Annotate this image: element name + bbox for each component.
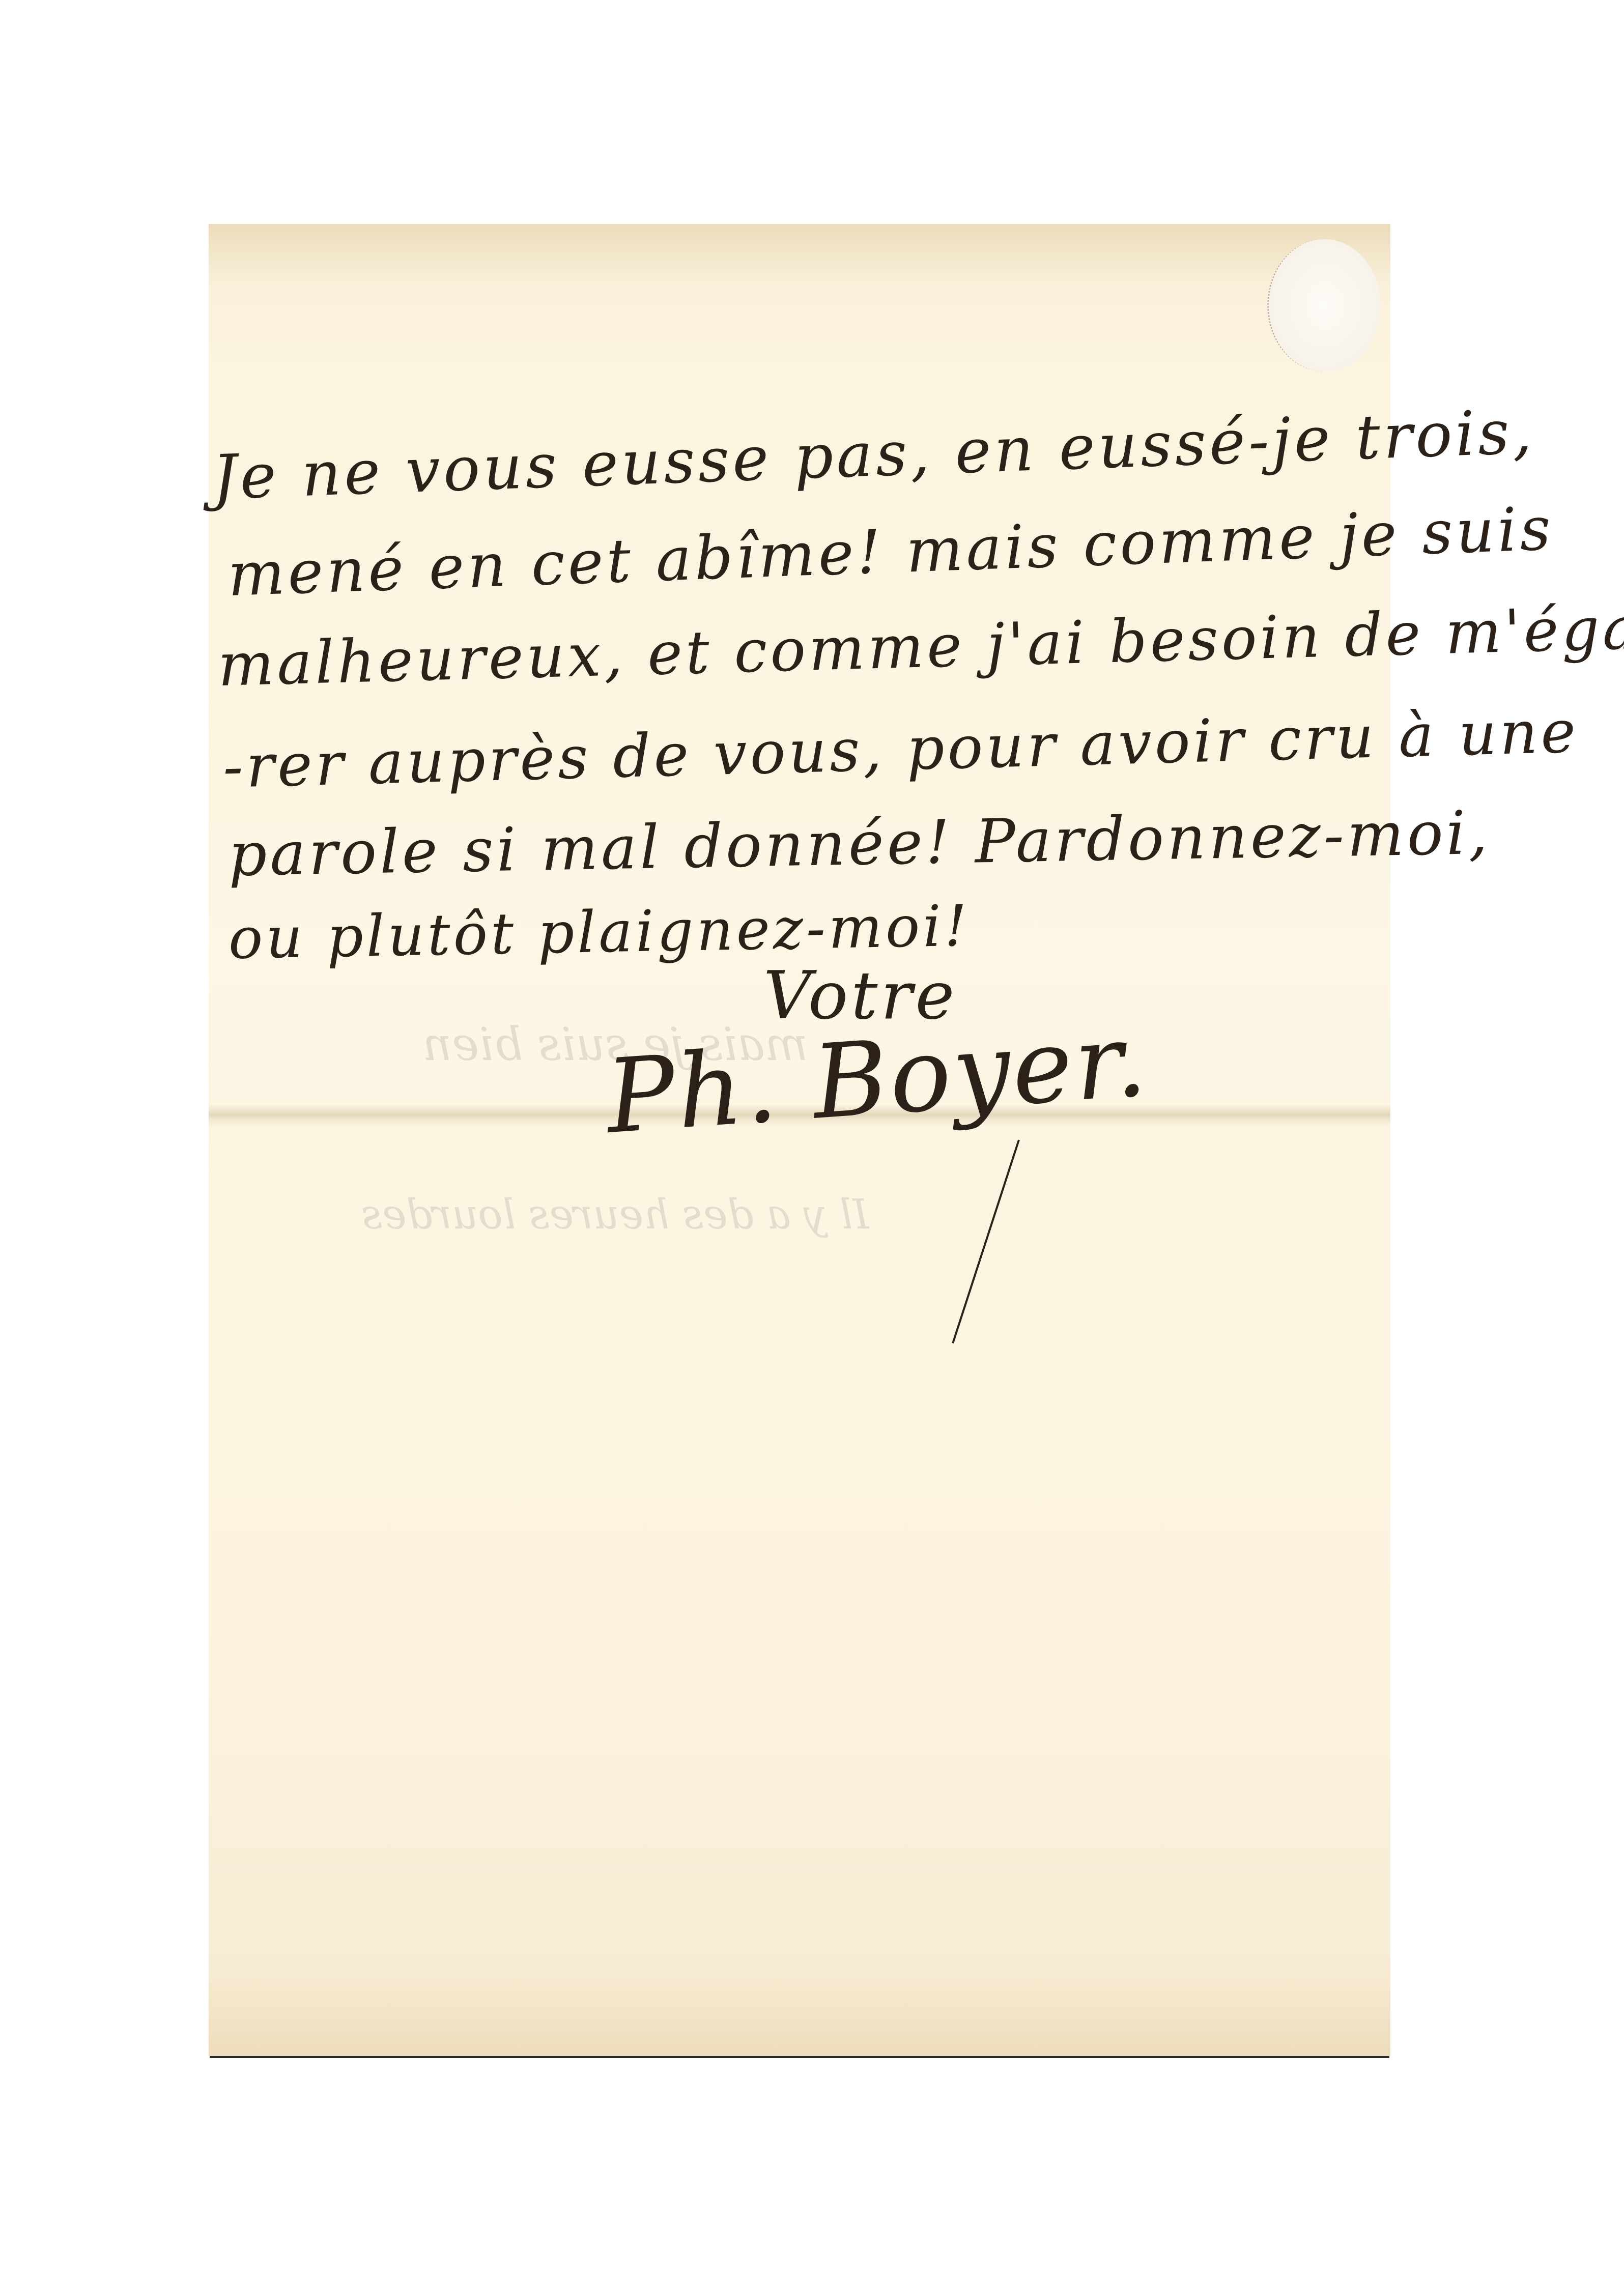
letter-line: Je ne vous eusse pas, en eussé-je trois, bbox=[211, 396, 1536, 513]
signature-flourish bbox=[952, 1139, 1020, 1343]
paper-edge-shading bbox=[209, 224, 1390, 285]
wax-seal-mark bbox=[1267, 239, 1381, 371]
letter-line: malheureux, et comme j'ai besoin de m'ég… bbox=[217, 593, 1624, 700]
letter-line: parole si mal donnée! Pardonnez-moi, bbox=[228, 797, 1491, 890]
show-through-text: Il y a des heures lourdes bbox=[361, 1191, 869, 1238]
letter-line: mené en cet abîme! mais comme je suis bbox=[226, 493, 1555, 610]
letter-sheet: mais je suis bien Il y a des heures lour… bbox=[209, 224, 1390, 2056]
letter-line: -rer auprès de vous, pour avoir cru à un… bbox=[222, 697, 1579, 801]
paper-edge-shading bbox=[209, 1964, 1390, 2056]
